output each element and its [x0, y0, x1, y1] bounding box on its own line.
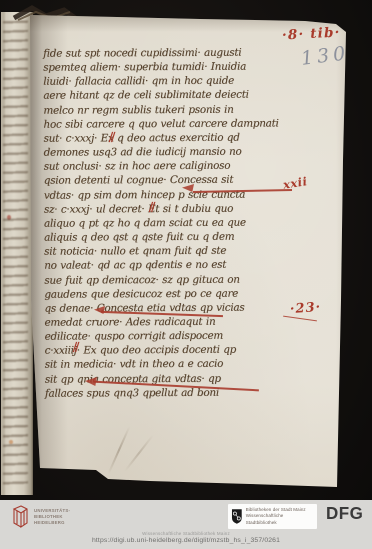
- manuscript-line: edilicate· quspo corrigit adispocem: [45, 328, 299, 343]
- manuscript-line: emedat cruore· Ades radicaqut in: [44, 314, 298, 329]
- margin-note-xxii: xxii: [282, 174, 308, 192]
- manuscript-line: sit in medicia· vdt in theo a e cacio: [45, 357, 299, 372]
- manuscript-line: no valeat· qd ac qp qdentis e no est: [44, 258, 298, 273]
- mainz-logo-text: Bibliotheken der Stadt Mainz Wissenschaf…: [246, 507, 314, 526]
- scan-viewport: fide sut spt nocedi cupidissimi· augusti…: [0, 0, 372, 549]
- manuscript-line: aere hitant qz de celi sublimitate deiec…: [43, 88, 297, 103]
- manuscript-page: fide sut spt nocedi cupidissimi· augusti…: [0, 0, 372, 549]
- mainz-shield-icon: [231, 508, 243, 525]
- manuscript-line: c·xxiiij· Ex quo deo accipis docenti qp: [45, 343, 299, 358]
- manuscript-line: aliquo q pt qz ho q dam sciat cu ea que: [44, 215, 298, 230]
- heidelberg-logo-line3: HEIDELBERG: [34, 520, 70, 526]
- manuscript-line: sut· c·xxxj· Ex q deo actus exercitio qd: [44, 130, 298, 145]
- heidelberg-logo-text: UNIVERSITÄTS- BIBLIOTHEK HEIDELBERG: [34, 505, 70, 529]
- page-right-shade: [336, 0, 350, 549]
- manuscript-line: sit noticia· nullo et qnam fuit qd ste: [44, 244, 298, 259]
- heidelberg-logo: UNIVERSITÄTS- BIBLIOTHEK HEIDELBERG: [11, 505, 70, 529]
- mainz-logo: Bibliotheken der Stadt Mainz Wissenschaf…: [228, 504, 317, 529]
- manuscript-line: sz· c·xxxj· ul decret· Et si t dubiu quo: [44, 201, 298, 216]
- source-url[interactable]: https://digi.ub.uni-heidelberg.de/diglit…: [0, 537, 372, 544]
- mainz-logo-line2: Wissenschaftliche Stadtbibliothek: [246, 513, 314, 526]
- footer-caption: Wissenschaftliche Stadtbibliothek Mainz: [0, 531, 372, 536]
- dfg-logo: DFG: [326, 504, 363, 525]
- shelfmark-red: ·8· tib·: [282, 24, 341, 43]
- fold-crease: [124, 434, 154, 471]
- manuscript-line: qsion detenti ul cognue· Concessa sit: [44, 173, 298, 188]
- manuscript-line: melco nr regm sublis tukeri psonis in: [43, 102, 297, 117]
- manuscript-text-block: fide sut spt nocedi cupidissimi· augusti…: [43, 45, 299, 400]
- margin-note-23: ·23·: [290, 300, 322, 317]
- manuscript-line: aliquis q deo qst q qste fuit cu q dem: [44, 229, 298, 244]
- footer-bar: UNIVERSITÄTS- BIBLIOTHEK HEIDELBERG Bibl…: [0, 500, 372, 549]
- stain-fleck: [9, 440, 13, 444]
- manuscript-line: sue fuit qp demicacoz· sz qp gituca on: [44, 272, 298, 287]
- manuscript-line: spemteq aliem· superbia tumidi· Inuidia: [43, 59, 297, 74]
- manuscript-line: sut onclusi· sz in hoc aere caliginoso: [44, 159, 298, 174]
- manuscript-line: hoc sibi carcere q quo velut carcere dam…: [43, 116, 297, 131]
- manuscript-line: gaudens que desicucoz est po ce qare: [44, 286, 298, 301]
- facing-page-edge: [0, 12, 33, 495]
- manuscript-line: fide sut spt nocedi cupidissimi· augusti: [43, 45, 297, 60]
- manuscript-line: liuidi· fallacia callidi· qm in hoc quid…: [43, 74, 297, 89]
- manuscript-line: demones usq3 ad die iudicij mansio no: [44, 144, 298, 159]
- heidelberg-logo-icon: [11, 505, 30, 529]
- manuscript-line: fallaces spus qnq3 qpellut ad boni: [45, 385, 299, 400]
- red-ink-fleck: [7, 215, 11, 220]
